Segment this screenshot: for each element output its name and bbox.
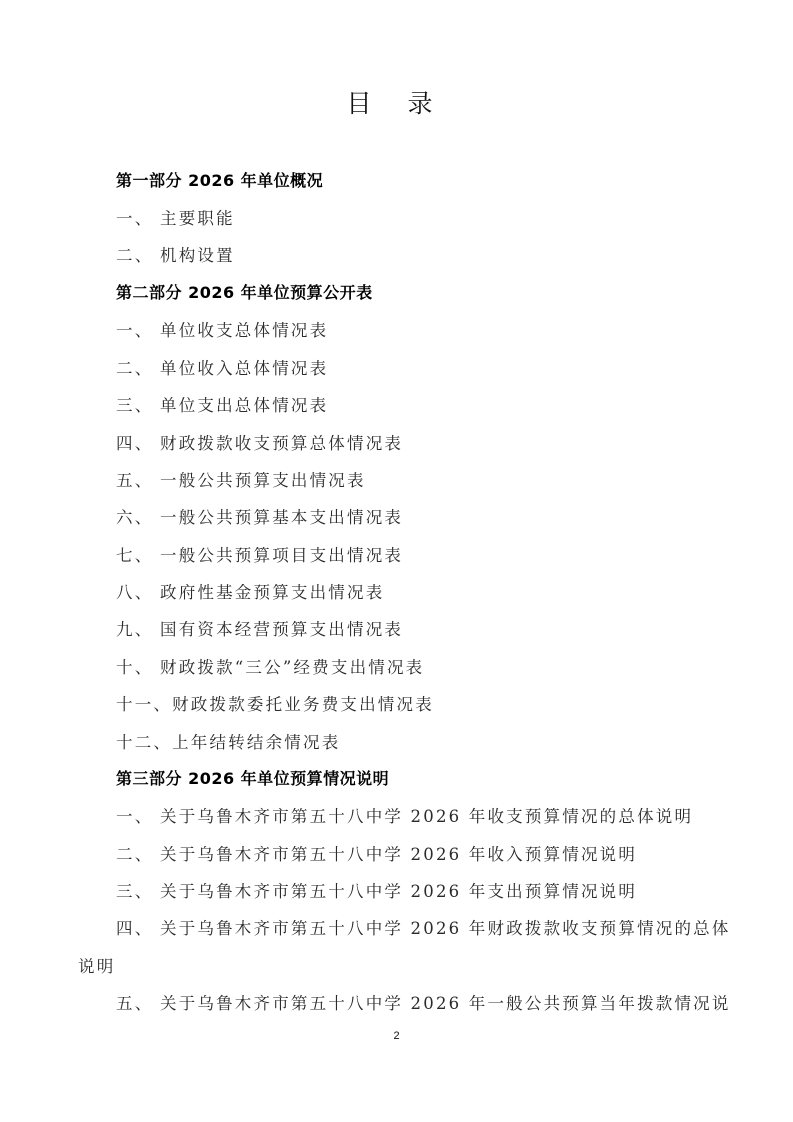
page-title: 目 录 bbox=[0, 84, 793, 120]
item-number: 四、 bbox=[116, 430, 160, 454]
item-text: 一般公共预算项目支出情况表 bbox=[160, 546, 403, 565]
toc-item: 三、单位支出总体情况表 bbox=[116, 392, 328, 416]
item-text: 财政拨款“三公”经费支出情况表 bbox=[160, 658, 424, 677]
toc-item: 八、政府性基金预算支出情况表 bbox=[116, 579, 384, 603]
item-number: 三、 bbox=[116, 392, 160, 416]
item-number: 二、 bbox=[116, 841, 160, 865]
item-text: 关于乌鲁木齐市第五十八中学 2026 年一般公共预算当年拨款情况说 bbox=[160, 994, 731, 1013]
toc-item: 七、一般公共预算项目支出情况表 bbox=[116, 542, 403, 566]
item-number: 七、 bbox=[116, 542, 160, 566]
toc-item: 二、单位收入总体情况表 bbox=[116, 355, 328, 379]
part-3-heading: 第三部分 2026 年单位预算情况说明 bbox=[116, 766, 389, 789]
item-number: 五、 bbox=[116, 990, 160, 1014]
item-number: 六、 bbox=[116, 504, 160, 528]
item-number: 十、 bbox=[116, 654, 160, 678]
item-number: 一、 bbox=[116, 205, 160, 229]
toc-item: 三、关于乌鲁木齐市第五十八中学 2026 年支出预算情况说明 bbox=[116, 878, 637, 902]
toc-item: 五、关于乌鲁木齐市第五十八中学 2026 年一般公共预算当年拨款情况说 bbox=[116, 990, 731, 1014]
toc-item: 二、机构设置 bbox=[116, 242, 235, 266]
part-2-heading: 第二部分 2026 年单位预算公开表 bbox=[116, 280, 373, 303]
toc-item: 十二、上年结转结余情况表 bbox=[116, 729, 340, 753]
toc-item: 一、关于乌鲁木齐市第五十八中学 2026 年收支预算情况的总体说明 bbox=[116, 803, 693, 827]
item-number: 五、 bbox=[116, 467, 160, 491]
toc-item: 十、财政拨款“三公”经费支出情况表 bbox=[116, 654, 424, 678]
item-text: 国有资本经营预算支出情况表 bbox=[160, 620, 403, 639]
item-number: 三、 bbox=[116, 878, 160, 902]
item-text: 单位收支总体情况表 bbox=[160, 321, 328, 340]
item-number: 二、 bbox=[116, 242, 160, 266]
item-number: 十一、 bbox=[116, 691, 172, 715]
toc-item-continuation: 说明 bbox=[78, 953, 115, 977]
item-number: 十二、 bbox=[116, 729, 172, 753]
item-text: 单位支出总体情况表 bbox=[160, 396, 328, 415]
item-text: 关于乌鲁木齐市第五十八中学 2026 年收入预算情况说明 bbox=[160, 845, 637, 864]
item-number: 一、 bbox=[116, 317, 160, 341]
toc-item: 十一、财政拨款委托业务费支出情况表 bbox=[116, 691, 434, 715]
item-text: 关于乌鲁木齐市第五十八中学 2026 年支出预算情况说明 bbox=[160, 882, 637, 901]
item-text: 政府性基金预算支出情况表 bbox=[160, 583, 384, 602]
toc-item: 四、财政拨款收支预算总体情况表 bbox=[116, 430, 403, 454]
item-number: 九、 bbox=[116, 616, 160, 640]
item-text: 单位收入总体情况表 bbox=[160, 359, 328, 378]
item-number: 一、 bbox=[116, 803, 160, 827]
item-text: 机构设置 bbox=[160, 246, 235, 265]
toc-item: 九、国有资本经营预算支出情况表 bbox=[116, 616, 403, 640]
page-number: 2 bbox=[0, 1030, 793, 1042]
toc-item: 五、一般公共预算支出情况表 bbox=[116, 467, 366, 491]
item-text: 主要职能 bbox=[160, 209, 235, 228]
item-number: 四、 bbox=[116, 915, 160, 939]
toc-item: 二、关于乌鲁木齐市第五十八中学 2026 年收入预算情况说明 bbox=[116, 841, 637, 865]
item-text: 关于乌鲁木齐市第五十八中学 2026 年财政拨款收支预算情况的总体 bbox=[160, 919, 731, 938]
item-text: 关于乌鲁木齐市第五十八中学 2026 年收支预算情况的总体说明 bbox=[160, 807, 693, 826]
item-number: 二、 bbox=[116, 355, 160, 379]
item-text: 财政拨款收支预算总体情况表 bbox=[160, 434, 403, 453]
toc-item: 一、单位收支总体情况表 bbox=[116, 317, 328, 341]
part-1-heading: 第一部分 2026 年单位概况 bbox=[116, 168, 323, 191]
item-number: 八、 bbox=[116, 579, 160, 603]
item-text: 一般公共预算基本支出情况表 bbox=[160, 508, 403, 527]
toc-item: 六、一般公共预算基本支出情况表 bbox=[116, 504, 403, 528]
item-text: 财政拨款委托业务费支出情况表 bbox=[172, 695, 434, 714]
item-text: 一般公共预算支出情况表 bbox=[160, 471, 366, 490]
item-text: 上年结转结余情况表 bbox=[172, 733, 340, 752]
toc-item: 四、关于乌鲁木齐市第五十八中学 2026 年财政拨款收支预算情况的总体 bbox=[116, 915, 731, 939]
toc-item: 一、主要职能 bbox=[116, 205, 235, 229]
